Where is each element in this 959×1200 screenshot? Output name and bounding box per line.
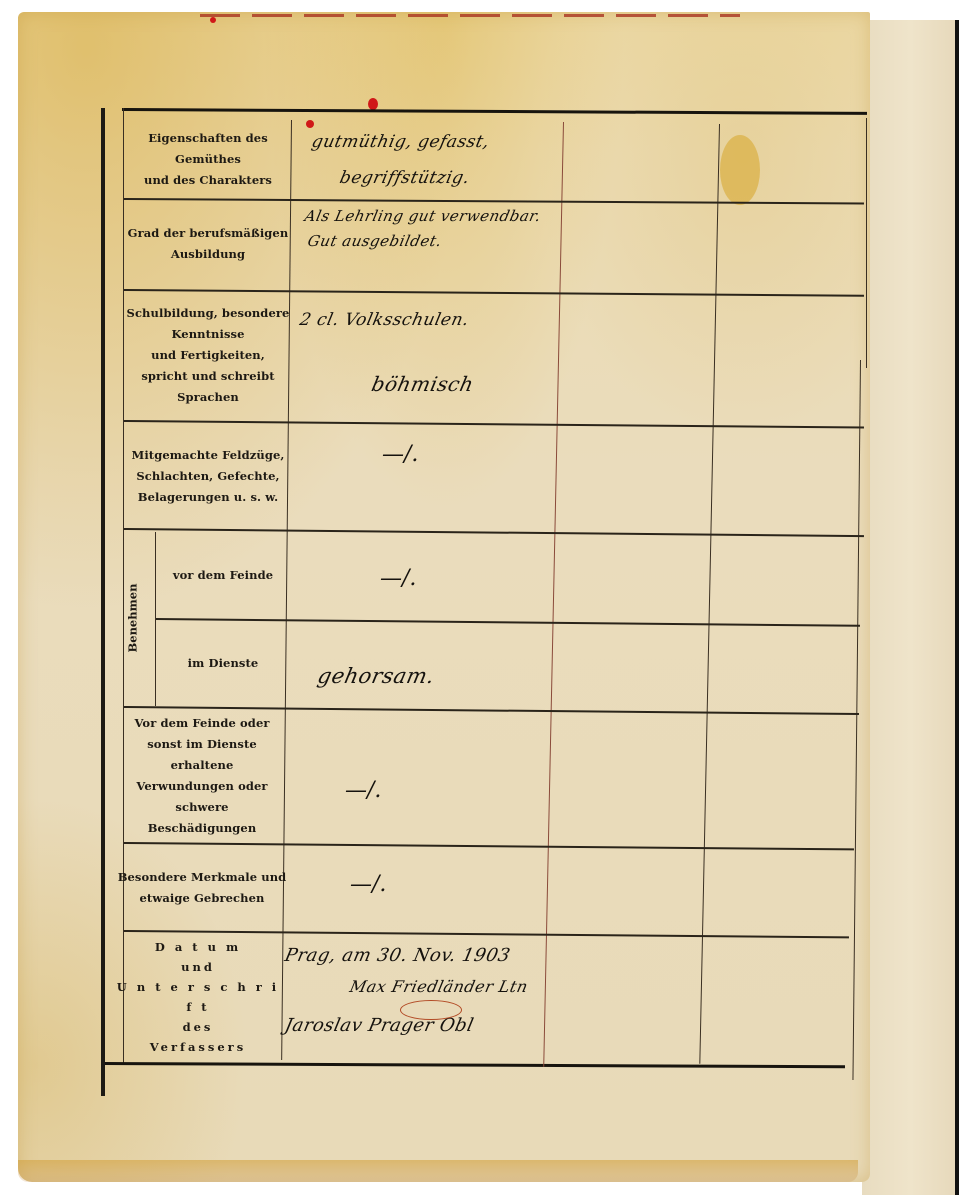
- entry-schooling-line1: 2 cl. Volksschulen.: [298, 310, 471, 330]
- label-benehmen: Benehmen: [110, 530, 154, 706]
- column-divider-3: [699, 124, 720, 1064]
- entry-date: Prag, am 30. Nov. 1903: [283, 945, 513, 966]
- label-before-enemy: vor dem Feinde: [157, 532, 289, 618]
- entry-schooling-line2: böhmisch: [369, 372, 476, 396]
- entry-training-line2: Gut ausgebildet.: [306, 232, 444, 250]
- entry-campaigns: —/.: [382, 442, 418, 467]
- column-divider-4b: [852, 360, 861, 1080]
- column-divider-2: [543, 122, 564, 1067]
- label-schooling: Schulbildung, besondere Kenntnisse und F…: [126, 292, 290, 418]
- label-features: Besondere Merkmale und etwaige Gebrechen: [116, 846, 288, 930]
- label-campaigns: Mitgemachte Feldzüge, Schlachten, Gefech…: [126, 424, 290, 528]
- label-training: Grad der berufsmäßigen Ausbildung: [126, 200, 290, 288]
- entry-injuries: —/.: [345, 778, 381, 803]
- entry-in-service: gehorsam.: [315, 664, 437, 688]
- entry-character-line2: begriffstützig.: [338, 168, 472, 188]
- label-character: Eigenschaften des Gemüthes und des Chara…: [126, 120, 290, 198]
- table-top-border: [122, 108, 867, 115]
- entry-before-enemy: —/.: [380, 566, 416, 591]
- entry-signature-1: Max Friedländer Ltn: [348, 977, 530, 996]
- entry-character-line1: gutmüthig, gefasst,: [310, 132, 491, 152]
- column-divider-4: [866, 118, 867, 368]
- table-left-border: [101, 108, 105, 1096]
- label-injuries: Vor dem Feinde oder sonst im Dienste erh…: [116, 710, 288, 842]
- label-date-signature: D a t u m und U n t e r s c h r i f t de…: [116, 934, 280, 1060]
- red-ink-oval-mark: [400, 1000, 462, 1020]
- entry-training-line1: Als Lehrling gut verwendbar.: [303, 207, 543, 225]
- entry-features: —/.: [350, 872, 386, 897]
- label-in-service: im Dienste: [157, 620, 289, 706]
- table-bottom-border: [105, 1062, 845, 1068]
